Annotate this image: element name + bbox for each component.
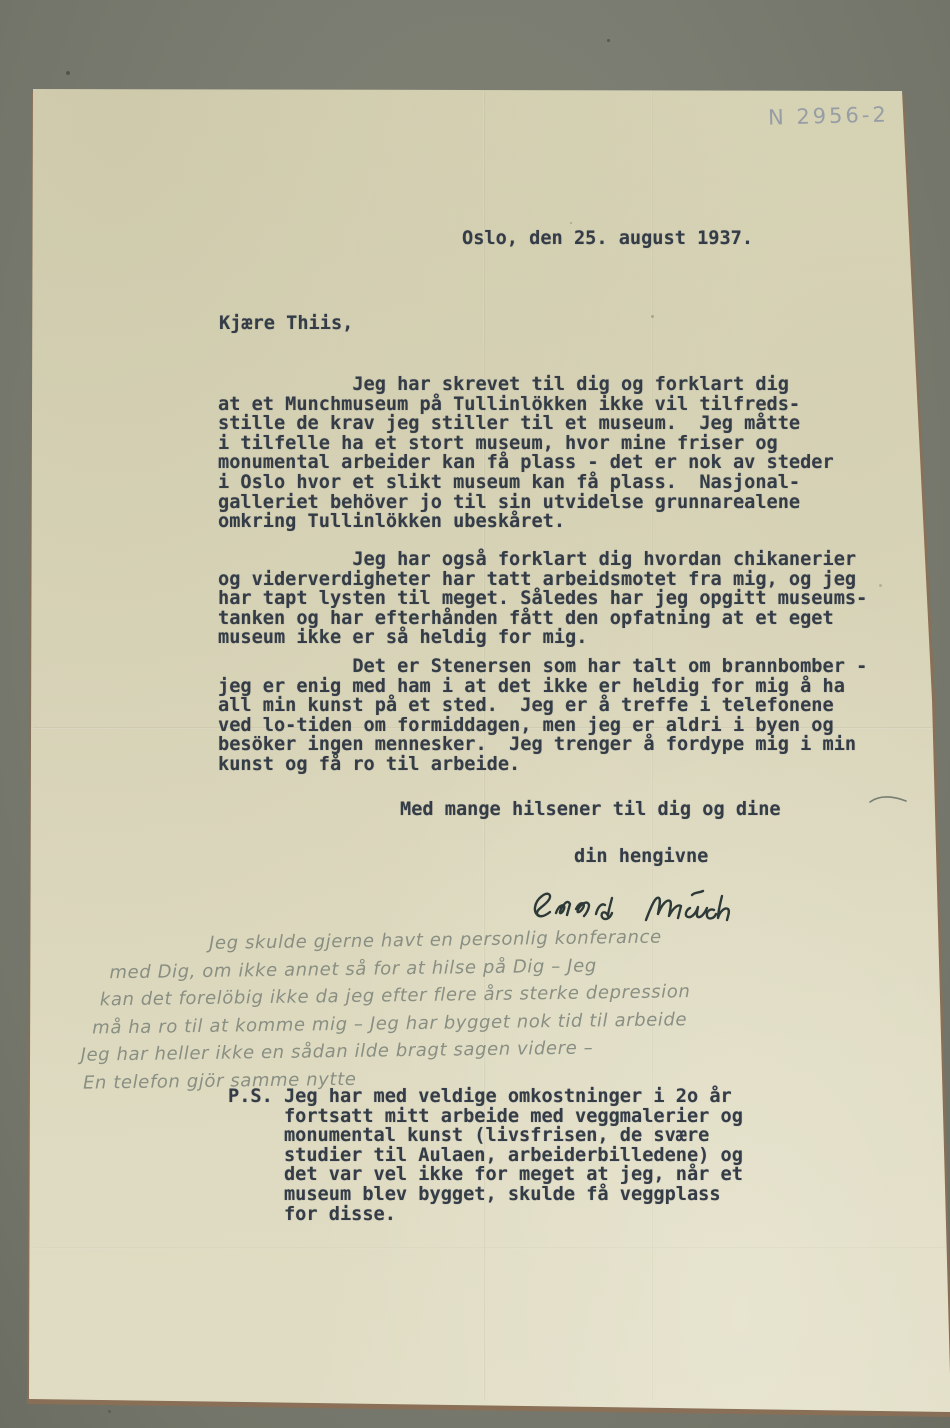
handwritten-marginalia: Jeg skulde gjerne havt en personlig konf…	[79, 920, 891, 1096]
pen-mark-stroke	[870, 797, 906, 802]
paragraph-3: Det er Stenersen som har talt om brannbo…	[218, 657, 867, 775]
dust-speck	[607, 39, 610, 42]
dust-speck	[108, 1410, 111, 1413]
paper-speck	[879, 584, 882, 587]
letter-page: N 2956-2 Oslo, den 25. august 1937. Kjær…	[0, 0, 950, 1428]
closing-line: Med mange hilsener til dig og dine	[400, 800, 781, 820]
postscript: P.S. Jeg har med veldige omkostninger i …	[228, 1087, 743, 1224]
pen-mark	[868, 792, 910, 808]
scan-background-mat: N 2956-2 Oslo, den 25. august 1937. Kjær…	[0, 0, 950, 1428]
paragraph-2: Jeg har også forklart dig hvordan chikan…	[218, 550, 867, 648]
salutation: Kjære Thiis,	[219, 314, 353, 334]
paper-speck	[570, 222, 572, 224]
paper-speck	[651, 315, 654, 318]
dust-speck	[66, 71, 70, 75]
valediction: din hengivne	[574, 847, 708, 867]
signature-stroke-edvard	[535, 894, 612, 919]
archive-number-pencil: N 2956-2	[768, 102, 889, 129]
signature-stroke-munch	[646, 891, 729, 920]
horizontal-fold-crease	[33, 1247, 948, 1249]
dateline: Oslo, den 25. august 1937.	[462, 229, 753, 249]
paragraph-1: Jeg har skrevet til dig og forklart dig …	[218, 375, 834, 532]
